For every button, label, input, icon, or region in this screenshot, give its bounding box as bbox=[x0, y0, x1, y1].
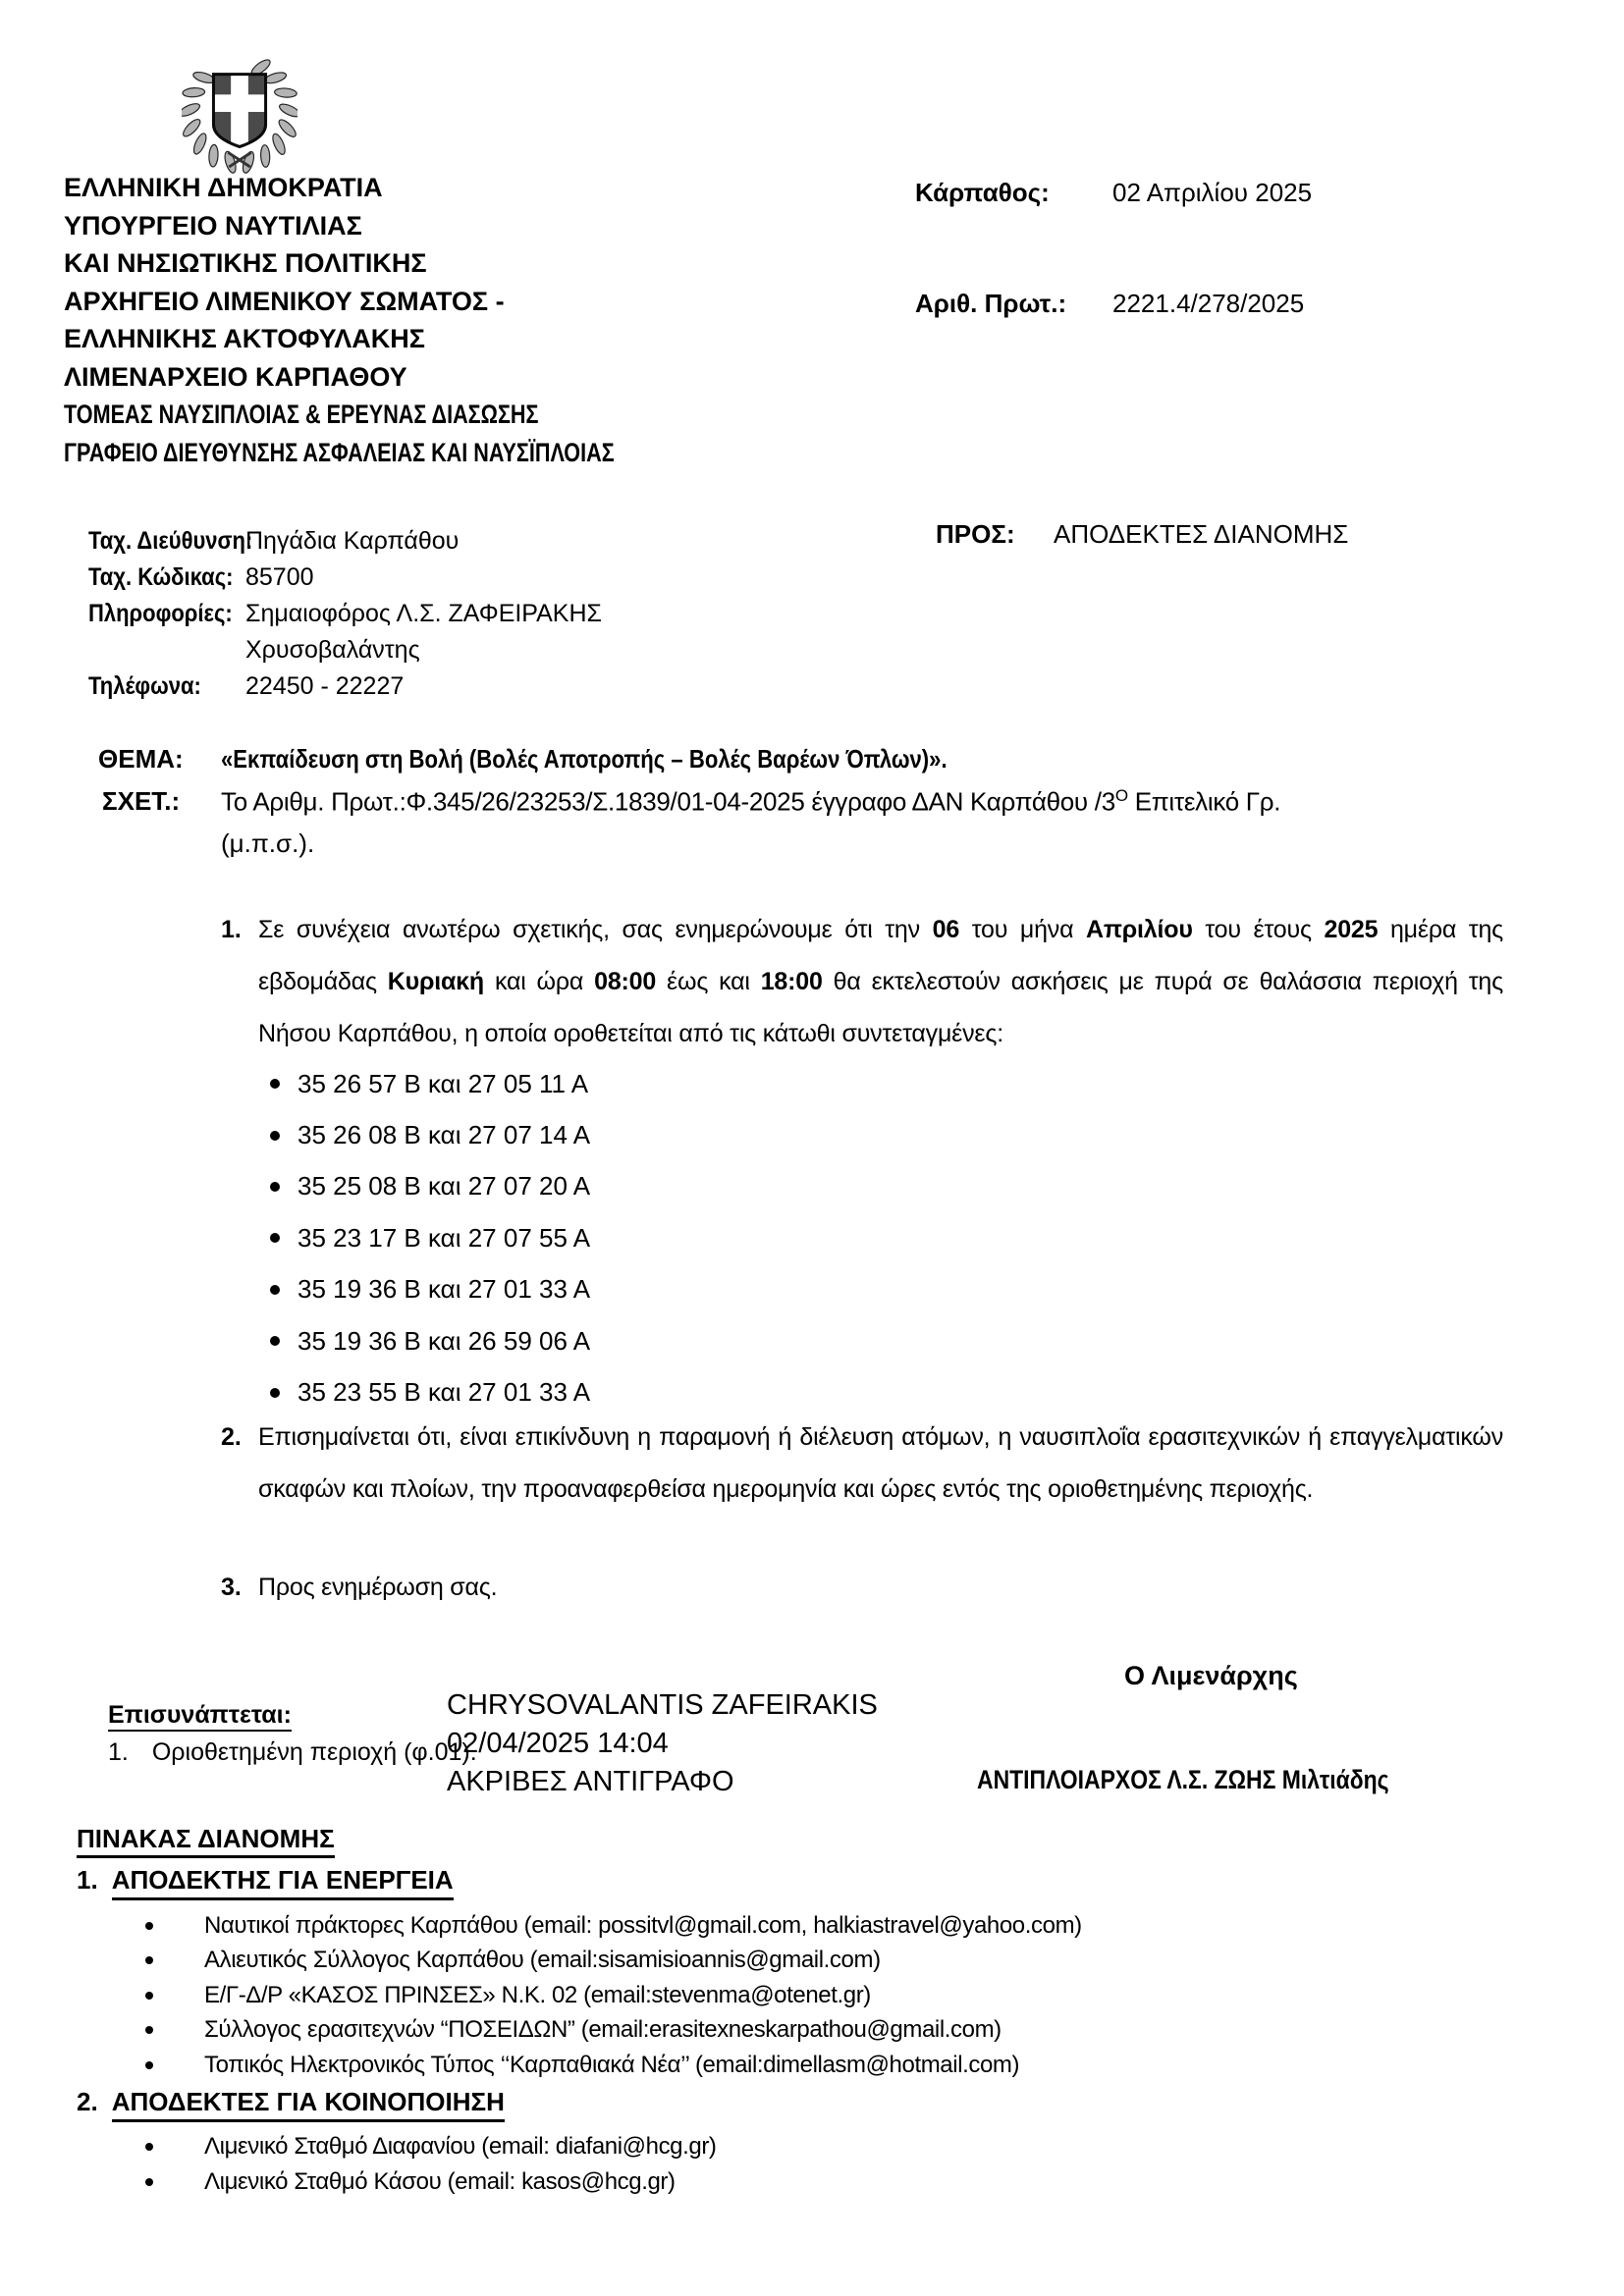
reference-text: Το Αριθμ. Πρωτ.:Φ.345/26/23253/Σ.1839/01… bbox=[221, 786, 1280, 818]
contact-row: Χρυσοβαλάντης bbox=[88, 632, 602, 668]
bullet-icon bbox=[270, 1233, 280, 1243]
agency-line: ΛΙΜΕΝΑΡΧΕΙΟ ΚΑΡΠΑΘΟΥ bbox=[64, 358, 752, 397]
bullet-icon bbox=[145, 2061, 153, 2069]
coordinate-text: 35 23 55 Β και 27 01 33 Α bbox=[298, 1377, 590, 1408]
laurel-leaf bbox=[278, 102, 298, 120]
laurel-leaf bbox=[208, 144, 218, 167]
coordinate-item: 35 26 08 Β και 27 07 14 Α bbox=[270, 1109, 590, 1160]
protocol-value: 2221.4/278/2025 bbox=[1112, 289, 1304, 319]
bullet-icon bbox=[270, 1079, 280, 1089]
paragraph-1-segment: του μήνα bbox=[959, 916, 1086, 943]
bullet-icon bbox=[145, 2178, 153, 2186]
agency-header: ΕΛΛΗΝΙΚΗ ΔΗΜΟΚΡΑΤΙΑΥΠΟΥΡΓΕΙΟ ΝΑΥΤΙΛΙΑΣΚΑ… bbox=[64, 169, 752, 471]
distribution-item: Ναυτικοί πράκτορες Καρπάθου (email: poss… bbox=[77, 1908, 1082, 1944]
reference-superscript: Ο bbox=[1115, 786, 1128, 805]
laurel-leaf bbox=[260, 144, 270, 167]
contact-row-label: Ταχ. Κώδικας: bbox=[88, 563, 227, 592]
distribution-item: Λιμενικό Σταθμό Διαφανίου (email: diafan… bbox=[77, 2130, 1082, 2165]
distribution-item: Ε/Γ-Δ/Ρ «ΚΑΣΟΣ ΠΡΙΝΣΕΣ» Ν.Κ. 02 (email:s… bbox=[77, 1978, 1082, 2013]
coordinate-item: 35 19 36 Β και 27 01 33 Α bbox=[270, 1264, 590, 1315]
protocol-label: Αριθ. Πρωτ.: bbox=[915, 289, 1066, 319]
paragraph-1-bold-segment: 2025 bbox=[1324, 916, 1378, 943]
place-date-value: 02 Απριλίου 2025 bbox=[1112, 178, 1312, 208]
distribution-item: Αλιευτικός Σύλλογος Καρπάθου (email:sisa… bbox=[77, 1944, 1082, 1979]
distribution-item-text: Αλιευτικός Σύλλογος Καρπάθου (email:sisa… bbox=[204, 1947, 881, 1974]
contact-row-label: Πληροφορίες: bbox=[88, 600, 227, 628]
contact-row: Ταχ. Κώδικας:85700 bbox=[88, 560, 602, 596]
agency-line: ΑΡΧΗΓΕΙΟ ΛΙΜΕΝΙΚΟΥ ΣΩΜΑΤΟΣ - bbox=[64, 283, 752, 321]
contact-block: Ταχ. Διεύθυνση:Πηγάδια ΚαρπάθουΤαχ. Κώδι… bbox=[88, 523, 602, 705]
bullet-icon bbox=[145, 2026, 153, 2034]
reference-text-main: Το Αριθμ. Πρωτ.:Φ.345/26/23253/Σ.1839/01… bbox=[221, 787, 1115, 817]
distribution-group-title: ΑΠΟΔΕΚΤΕΣ ΓΙΑ ΚΟΙΝΟΠΟΙΗΣΗ bbox=[112, 2087, 505, 2122]
stamp-certified-copy: ΑΚΡΙΒΕΣ ΑΝΤΙΓΡΑΦΟ bbox=[447, 1763, 878, 1801]
distribution-item-text: Ναυτικοί πράκτορες Καρπάθου (email: poss… bbox=[204, 1912, 1082, 1940]
stamp-datetime: 02/04/2025 14:04 bbox=[447, 1725, 878, 1763]
bullet-icon bbox=[270, 1388, 280, 1398]
agency-line: ΕΛΛΗΝΙΚΗ ΔΗΜΟΚΡΑΤΙΑ bbox=[64, 169, 752, 207]
distribution-group-heading: 1.ΑΠΟΔΕΚΤΗΣ ΓΙΑ ΕΝΕΡΓΕΙΑ bbox=[77, 1861, 1082, 1908]
contact-row: Πληροφορίες:Σημαιοφόρος Λ.Σ. ΖΑΦΕΙΡΑΚΗΣ bbox=[88, 596, 602, 632]
attachment-item-text: Οριοθετημένη περιοχή (φ.01). bbox=[152, 1738, 477, 1766]
contact-row: Τηλέφωνα:22450 - 22227 bbox=[88, 668, 602, 705]
distribution-group-title: ΑΠΟΔΕΚΤΗΣ ΓΙΑ ΕΝΕΡΓΕΙΑ bbox=[112, 1865, 454, 1900]
distribution-item: Λιμενικό Σταθμό Κάσου (email: kasos@hcg.… bbox=[77, 2164, 1082, 2200]
coordinate-text: 35 19 36 Β και 26 59 06 Α bbox=[298, 1326, 590, 1357]
paragraph-1-bold-segment: 06 bbox=[933, 916, 959, 943]
contact-row-label: Τηλέφωνα: bbox=[88, 672, 227, 701]
distribution-item-text: Ε/Γ-Δ/Ρ «ΚΑΣΟΣ ΠΡΙΝΣΕΣ» Ν.Κ. 02 (email:s… bbox=[204, 1982, 871, 2009]
coordinate-text: 35 26 57 Β και 27 05 11 Α bbox=[298, 1069, 588, 1099]
bullet-icon bbox=[270, 1336, 280, 1346]
laurel-leaf bbox=[183, 87, 205, 98]
contact-row-value: 22450 - 22227 bbox=[245, 672, 602, 701]
signatory-title: Ο Λιμενάρχης bbox=[1124, 1661, 1298, 1691]
coordinate-item: 35 26 57 Β και 27 05 11 Α bbox=[270, 1058, 590, 1109]
laurel-leaf bbox=[274, 87, 297, 98]
distribution-item: Τοπικός Ηλεκτρονικός Τύπος ‘‘Καρπαθιακά … bbox=[77, 2048, 1082, 2083]
distribution-group-heading: 2.ΑΠΟΔΕΚΤΕΣ ΓΙΑ ΚΟΙΝΟΠΟΙΗΣΗ bbox=[77, 2083, 1082, 2130]
bullet-icon bbox=[270, 1182, 280, 1192]
paragraph-1-segment: Σε συνέχεια ανωτέρω σχετικής, σας ενημερ… bbox=[258, 916, 933, 943]
paragraph-1: Σε συνέχεια ανωτέρω σχετικής, σας ενημερ… bbox=[258, 904, 1503, 1060]
recipient-value: ΑΠΟΔΕΚΤΕΣ ΔΙΑΝΟΜΗΣ bbox=[1054, 519, 1348, 550]
bullet-icon bbox=[145, 1956, 153, 1964]
bullet-icon bbox=[145, 2143, 153, 2151]
distribution-item-text: Τοπικός Ηλεκτρονικός Τύπος ‘‘Καρπαθιακά … bbox=[204, 2052, 1019, 2079]
laurel-leaf bbox=[263, 71, 287, 85]
coordinate-text: 35 26 08 Β και 27 07 14 Α bbox=[298, 1120, 590, 1150]
distribution-item-text: Λιμενικό Σταθμό Κάσου (email: kasos@hcg.… bbox=[204, 2168, 676, 2196]
attachments-label-text: Επισυνάπτεται: bbox=[108, 1701, 292, 1732]
recipient-label: ΠΡΟΣ: bbox=[936, 519, 1015, 550]
agency-line: ΕΛΛΗΝΙΚΗΣ ΑΚΤΟΦΥΛΑΚΗΣ bbox=[64, 320, 752, 358]
paragraph-1-segment: έως και bbox=[656, 968, 761, 995]
distribution-title-text: ΠΙΝΑΚΑΣ ΔΙΑΝΟΜΗΣ bbox=[77, 1824, 335, 1858]
contact-row-value: Πηγάδια Καρπάθου bbox=[245, 527, 602, 556]
attachment-item-number: 1. bbox=[108, 1738, 129, 1766]
list-number-3: 3. bbox=[221, 1562, 242, 1614]
coordinate-item: 35 23 17 Β και 27 07 55 Α bbox=[270, 1212, 590, 1263]
distribution-item-text: Λιμενικό Σταθμό Διαφανίου (email: diafan… bbox=[204, 2133, 717, 2161]
contact-row-value: Χρυσοβαλάντης bbox=[245, 636, 602, 665]
attachments-label: Επισυνάπτεται: bbox=[108, 1701, 292, 1730]
list-number-1: 1. bbox=[221, 904, 242, 956]
signatory-name: ΑΝΤΙΠΛΟΙΑΡΧΟΣ Λ.Σ. ΖΩΗΣ Μιλτιάδης bbox=[977, 1765, 1389, 1795]
paragraph-1-segment: και ώρα bbox=[484, 968, 594, 995]
distribution-group-number: 1. bbox=[77, 1865, 98, 1896]
reference-text-tail: Επιτελικό Γρ. bbox=[1128, 787, 1280, 817]
distribution-table: ΠΙΝΑΚΑΣ ΔΙΑΝΟΜΗΣ 1.ΑΠΟΔΕΚΤΗΣ ΓΙΑ ΕΝΕΡΓΕΙ… bbox=[77, 1824, 1082, 2200]
distribution-group-number: 2. bbox=[77, 2087, 98, 2117]
distribution-title: ΠΙΝΑΚΑΣ ΔΙΑΝΟΜΗΣ bbox=[77, 1824, 1082, 1861]
paragraph-1-bold-segment: 08:00 bbox=[594, 968, 656, 995]
laurel-leaf bbox=[191, 132, 208, 155]
paragraph-1-bold-segment: 18:00 bbox=[761, 968, 823, 995]
list-number-2: 2. bbox=[221, 1412, 242, 1464]
contact-row-value: Σημαιοφόρος Λ.Σ. ΖΑΦΕΙΡΑΚΗΣ bbox=[245, 600, 602, 628]
stamp-signer-name: CHRYSOVALANTIS ZAFEIRAKIS bbox=[447, 1686, 878, 1725]
paragraph-3: Προς ενημέρωση σας. bbox=[258, 1562, 497, 1614]
attachment-item: 1.Οριοθετημένη περιοχή (φ.01). bbox=[108, 1738, 477, 1767]
paragraph-1-segment: του έτους bbox=[1193, 916, 1325, 943]
coordinate-item: 35 25 08 Β και 27 07 20 Α bbox=[270, 1161, 590, 1212]
agency-line: ΓΡΑΦΕΙΟ ΔΙΕΥΘΥΝΣΗΣ ΑΣΦΑΛΕΙΑΣ ΚΑΙ ΝΑΥΣΪΠΛ… bbox=[64, 434, 615, 472]
reference-label: ΣΧΕΤ.: bbox=[102, 786, 180, 817]
distribution-item-text: Σύλλογος ερασιτεχνών “ΠΟΣΕΙΔΩΝ” (email:e… bbox=[204, 2016, 1001, 2044]
laurel-leaf bbox=[270, 133, 287, 156]
bullet-icon bbox=[145, 1992, 153, 2000]
agency-line: ΚΑΙ ΝΗΣΙΩΤΙΚΗΣ ΠΟΛΙΤΙΚΗΣ bbox=[64, 244, 752, 283]
greek-coat-of-arms-icon bbox=[182, 51, 298, 175]
place-date-label: Κάρπαθος: bbox=[915, 178, 1050, 208]
coordinate-text: 35 19 36 Β και 27 01 33 Α bbox=[298, 1274, 590, 1305]
coordinate-text: 35 25 08 Β και 27 07 20 Α bbox=[298, 1171, 590, 1201]
contact-row-value: 85700 bbox=[245, 563, 602, 592]
paragraph-1-bold-segment: Απριλίου bbox=[1086, 916, 1193, 943]
paragraph-2: Επισημαίνεται ότι, είναι επικίνδυνη η πα… bbox=[258, 1412, 1503, 1516]
contact-row-label: Ταχ. Διεύθυνση: bbox=[88, 527, 227, 556]
bullet-icon bbox=[145, 1922, 153, 1930]
agency-line: ΤΟΜΕΑΣ ΝΑΥΣΙΠΛΟΙΑΣ & ΕΡΕΥΝΑΣ ΔΙΑΣΩΣΗΣ bbox=[64, 396, 615, 434]
bullet-icon bbox=[270, 1285, 280, 1295]
reference-line2: (μ.π.σ.). bbox=[221, 828, 314, 859]
distribution-item: Σύλλογος ερασιτεχνών “ΠΟΣΕΙΔΩΝ” (email:e… bbox=[77, 2013, 1082, 2049]
digital-signature-stamp: CHRYSOVALANTIS ZAFEIRAKIS 02/04/2025 14:… bbox=[447, 1686, 878, 1801]
subject-text: «Εκπαίδευση στη Βολή (Βολές Αποτροπής – … bbox=[221, 744, 947, 774]
agency-line: ΥΠΟΥΡΓΕΙΟ ΝΑΥΤΙΛΙΑΣ bbox=[64, 207, 752, 245]
coordinate-text: 35 23 17 Β και 27 07 55 Α bbox=[298, 1223, 590, 1254]
coordinate-item: 35 19 36 Β και 26 59 06 Α bbox=[270, 1315, 590, 1366]
paragraph-1-bold-segment: Κυριακή bbox=[388, 968, 484, 995]
subject-label: ΘΕΜΑ: bbox=[98, 744, 184, 774]
coordinate-item: 35 23 55 Β και 27 01 33 Α bbox=[270, 1366, 590, 1417]
coordinates-list: 35 26 57 Β και 27 05 11 Α35 26 08 Β και … bbox=[270, 1058, 590, 1418]
document-page: ΕΛΛΗΝΙΚΗ ΔΗΜΟΚΡΑΤΙΑΥΠΟΥΡΓΕΙΟ ΝΑΥΤΙΛΙΑΣΚΑ… bbox=[0, 0, 1624, 2296]
laurel-leaf bbox=[182, 101, 201, 119]
bullet-icon bbox=[270, 1131, 280, 1141]
contact-row: Ταχ. Διεύθυνση:Πηγάδια Καρπάθου bbox=[88, 523, 602, 560]
